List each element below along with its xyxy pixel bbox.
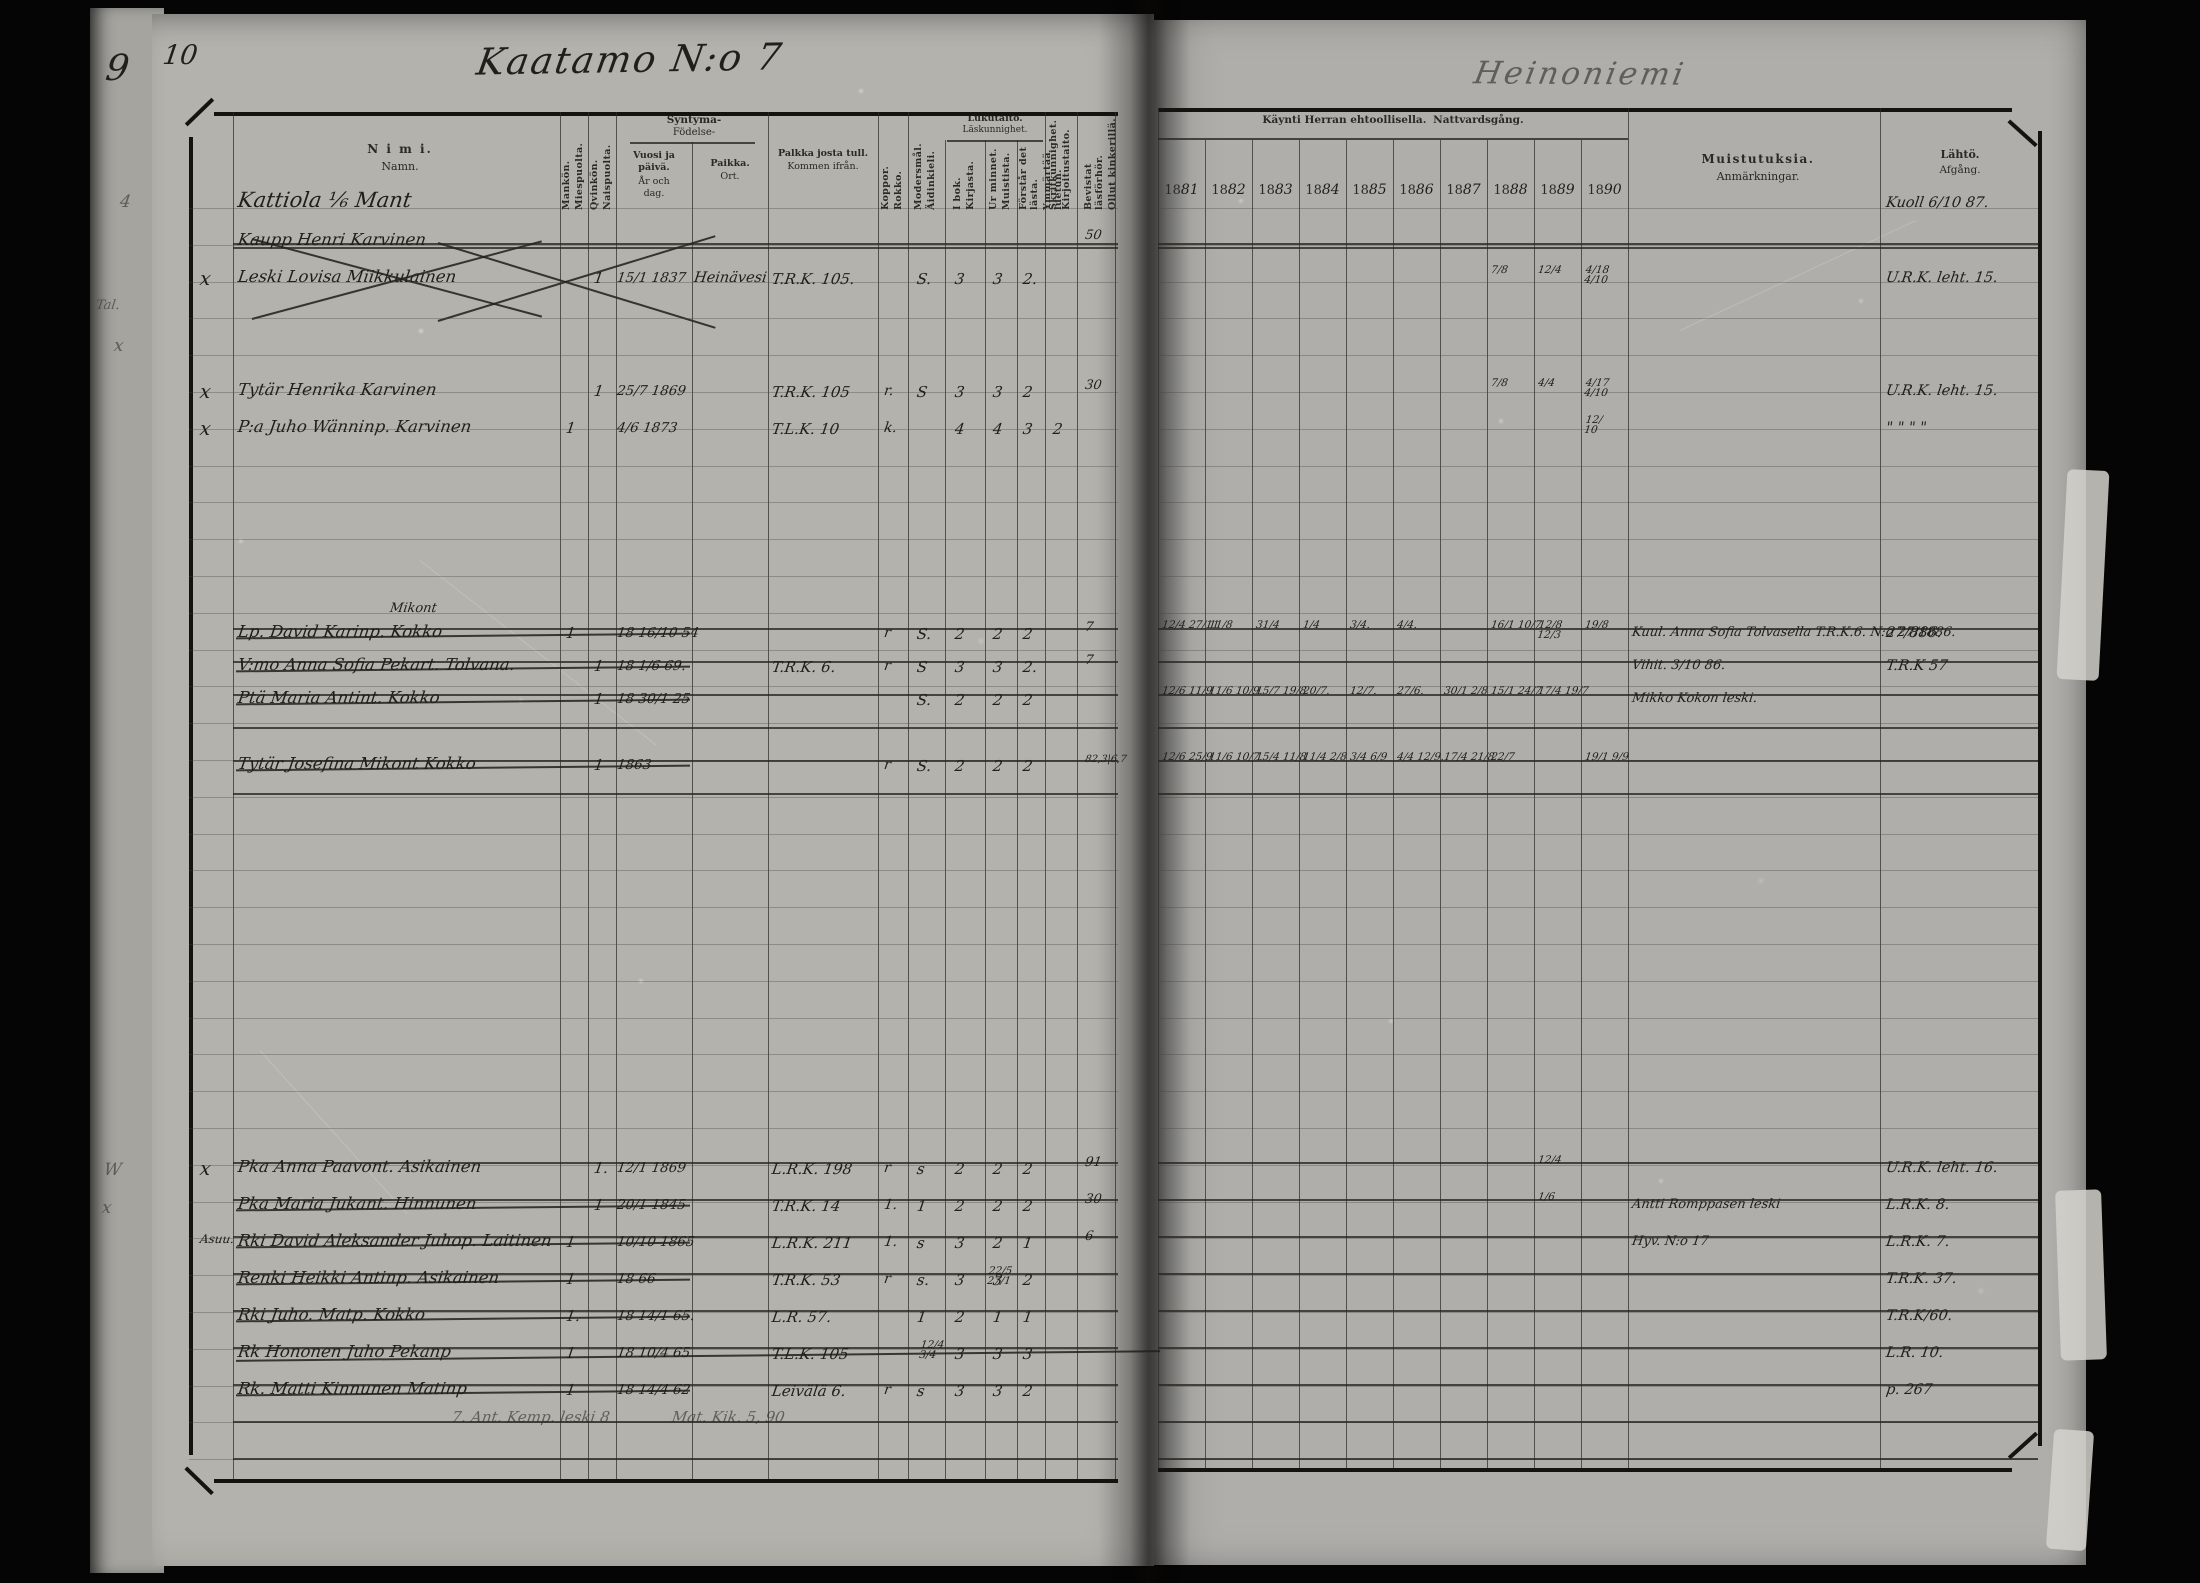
grid-line [1346, 140, 1347, 1468]
col-header-kinkeri-line: Ollut kinkerillä. [1107, 116, 1118, 210]
year-header-1886: 1886 [1393, 182, 1440, 198]
col-header-naispuolta-line: Naispuolta. [602, 116, 613, 210]
rule-line [1158, 245, 2038, 246]
cell-male: 1. [565, 1307, 582, 1325]
cell-communion-date: 12/4 3/4 [919, 1340, 945, 1360]
year-header-1888: 1888 [1487, 182, 1534, 198]
year-printed-prefix: 18 [1352, 183, 1369, 198]
cell-birthdate: 1863 [616, 757, 653, 773]
cell-female: 1. [593, 1159, 610, 1177]
cell-communion-date: 30/1 2/8 [1443, 686, 1488, 696]
cell-reads-from-book: 4 [954, 420, 966, 438]
grid-line [1252, 140, 1253, 1468]
cell-departure: L.R.K. 8. [1885, 1197, 1951, 1213]
cell-reads-from-book: 2 [954, 1308, 966, 1326]
cell-came-from: T.R.K. 105 [771, 383, 852, 401]
cell-reads-from-book: 2 [954, 625, 966, 643]
col-header-aidinkieli: Äidinkieli.Modersmål. [913, 116, 937, 210]
cell-understands: 2 [1022, 383, 1034, 401]
cell-understands: 2 [1022, 1382, 1034, 1400]
grid-line [985, 140, 986, 1479]
left-page-title: Kaatamo N:o 7 [416, 34, 844, 84]
col-header-namn: Namn. [300, 160, 500, 173]
col-header-kinkeri: Ollut kinkerillä.Bevistat läsförhör. [1083, 116, 1118, 210]
col-header-rokko-line: Koppor. [880, 116, 891, 210]
grid-line [1158, 108, 1159, 1468]
year-header-1890: 1890 [1581, 182, 1628, 198]
cell-understands: 2 [1022, 625, 1034, 643]
cell-communion-date: 17/4 19/7 [1537, 686, 1589, 696]
rule-line [189, 944, 1118, 945]
cell-departure: L.R.K. 7. [1885, 1234, 1951, 1250]
col-header-kinkeri-line: Bevistat läsförhör. [1083, 116, 1105, 210]
rule-line [189, 834, 1118, 835]
row-name: Kattiola ⅙ Mant [236, 188, 413, 212]
cell-communion-date: 12/6 25/9 [1161, 752, 1213, 762]
year-handwritten-suffix: 84 [1322, 182, 1340, 198]
col-header-ar-och: År och [618, 176, 690, 187]
cell-examination-mark: 30 [1084, 381, 1102, 391]
col-header-muistista-line: Muistista. [1001, 116, 1012, 210]
cell-birthdate: 18 14/1 65. [616, 1308, 696, 1324]
cell-birthplace: Heinävesi [693, 270, 768, 286]
year-printed-prefix: 18 [1164, 183, 1181, 198]
col-header-ort: Ort. [694, 171, 766, 182]
col-header-kommen: Kommen ifrån. [770, 161, 876, 172]
rule-line [189, 1128, 1118, 1129]
cell-communion-date: 1/4 [1302, 620, 1320, 630]
scan-dust [0, 0, 2, 2]
cell-communion-date: 12/4 [1537, 265, 1562, 275]
col-header-nattvard: Nattvardsgång. [1433, 114, 1524, 126]
cell-came-from: L.R.K. 198 [771, 1160, 854, 1178]
cell-came-from: T.R.K. 105. [771, 270, 856, 288]
cell-examination-mark: 91 [1084, 1158, 1102, 1168]
year-handwritten-suffix: 81 [1181, 182, 1199, 198]
cell-communion-date: 15/7 19/8 [1255, 686, 1307, 696]
cell-examination-mark: 30 [1084, 1195, 1102, 1205]
cell-vaccination: 1. [883, 1234, 899, 1250]
cell-communion-date: 17/4 21/8 [1443, 752, 1495, 762]
year-printed-prefix: 18 [1258, 183, 1275, 198]
grid-line [1440, 140, 1441, 1468]
grid-line [1487, 140, 1488, 1468]
rule-line [189, 502, 1118, 503]
rule-line [1158, 834, 2038, 835]
col-header-naispuolta: Naispuolta.Qvinkön. [589, 116, 613, 210]
cell-birthdate: 15/1 1837 [616, 270, 687, 286]
cell-birthdate: 18 16/10 54 [616, 625, 700, 641]
year-header-1885: 1885 [1346, 182, 1393, 198]
cell-reads-from-memory: 2 [992, 625, 1004, 643]
row-margin-mark: Asuu. [199, 1232, 235, 1246]
cell-communion-date: 12/7. [1349, 686, 1377, 696]
rule-line [1158, 907, 2038, 908]
cell-communion-date: 4/17 4/10 [1584, 378, 1610, 398]
year-header-1883: 1883 [1252, 182, 1299, 198]
col-header-vuosi-ja: Vuosi ja [618, 150, 690, 161]
year-printed-prefix: 18 [1305, 183, 1322, 198]
rule-line [189, 466, 1118, 467]
col-header-lahto: Lähtö. [1886, 148, 2034, 161]
cell-departure: L.R. 10. [1885, 1345, 1945, 1361]
grid-line [1017, 140, 1018, 1479]
table-frame [214, 1479, 1118, 1483]
rule-line [1158, 576, 2038, 577]
cell-came-from: T.R.K. 6. [771, 658, 837, 676]
table-frame [1158, 1468, 2012, 1472]
rule-line [1158, 1458, 2038, 1460]
cell-birthdate: 18 30/1 25 [616, 691, 692, 707]
cell-reads-from-book: 2 [954, 1160, 966, 1178]
cell-remark: Antti Romppasen leski [1631, 1197, 1781, 1212]
rule-line [1158, 1054, 2038, 1055]
cell-mother-tongue: S. [916, 625, 933, 643]
year-handwritten-suffix: 90 [1604, 182, 1622, 198]
rule-line [1158, 723, 2038, 724]
cell-understands: 2 [1022, 1271, 1034, 1289]
grid-line [1581, 140, 1582, 1468]
rule-line [1158, 797, 2038, 798]
cell-remark: Mikko Kokon leski. [1631, 691, 1758, 706]
cell-communion-date: 7/8 [1490, 265, 1508, 275]
col-header-communion: Käynti Herran ehtoollisella. Nattvardsgå… [1158, 114, 1628, 126]
col-header-kirjoitus-line: Skrifkunnighet. [1048, 116, 1059, 210]
rule-line [1158, 1018, 2038, 1019]
rule-line [233, 793, 1118, 795]
cell-examination-mark: 7 [1084, 656, 1094, 666]
cell-reads-from-memory: 2 [992, 1234, 1004, 1252]
cell-understands: 2. [1022, 270, 1039, 288]
year-handwritten-suffix: 89 [1557, 182, 1575, 198]
cell-writing: 2 [1052, 420, 1064, 438]
rule-line [1158, 981, 2038, 982]
cell-communion-date: 4/4 12/9. [1396, 752, 1445, 762]
cell-understands: 2. [1022, 658, 1039, 676]
cell-communion-date: 15/4 11/8 [1255, 752, 1307, 762]
cell-reads-from-memory: 2 [992, 1160, 1004, 1178]
cell-mother-tongue: S. [916, 270, 933, 288]
cell-came-from: Leivälä 6. [771, 1382, 847, 1400]
col-header-anmarkningar: Anmärkningar. [1640, 170, 1876, 183]
grid-line [1299, 140, 1300, 1468]
cell-communion-date: 27/6. [1396, 686, 1424, 696]
rule-line [1158, 539, 2038, 540]
rule-line [1158, 650, 2038, 651]
rule-line [1158, 318, 2038, 319]
year-printed-prefix: 18 [1587, 183, 1604, 198]
col-header-syntyma: Syntymä- [630, 114, 758, 126]
year-handwritten-suffix: 82 [1228, 182, 1246, 198]
cell-examination-mark: 50 [1084, 231, 1102, 241]
cell-came-from: L.R. 57. [771, 1308, 833, 1326]
cell-birthdate: 18 14/4 62 [616, 1382, 692, 1398]
rule-line [189, 539, 1118, 540]
cell-understands: 2 [1022, 1197, 1034, 1215]
cell-communion-date: 12/8 12/3 [1537, 620, 1563, 640]
rule-line [1158, 466, 2038, 467]
cell-communion-date: 22/5 27/1 [987, 1266, 1013, 1286]
cell-examination-mark: 7 [1084, 623, 1094, 633]
rule-line [189, 723, 1118, 724]
year-printed-prefix: 18 [1399, 183, 1416, 198]
row-name: Tytär Henrika Karvinen [237, 380, 438, 399]
col-header-miespuolta-line: Mankön. [561, 116, 572, 210]
book-gutter-shadow [1098, 0, 1190, 1583]
cell-communion-date: 12/4 [1537, 1155, 1562, 1165]
col-header-miespuolta-line: Miespuolta. [574, 116, 585, 210]
row-name: Pka Anna Paavont. Asikainen [237, 1157, 483, 1176]
cell-reads-from-memory: 2 [992, 1197, 1004, 1215]
rule-line [1158, 944, 2038, 945]
col-header-ehtoollinen: Käynti Herran ehtoollisella. [1262, 114, 1426, 126]
cell-departure: " " " " [1885, 420, 1928, 436]
cell-remark: Vihit. 3/10 86. [1631, 658, 1726, 673]
year-header-1882: 1882 [1205, 182, 1252, 198]
cell-understands: 2 [1022, 1160, 1034, 1178]
grid-line [1158, 138, 1628, 140]
row-name: P:a Juho Wänninp. Karvinen [237, 417, 473, 436]
col-header-palkka: Palkka josta tull. [770, 148, 876, 159]
grid-line [630, 142, 755, 144]
col-header-nimi: N i m i. [300, 142, 500, 156]
col-header-ymmartaa-line: Förstår det lästa. [1018, 116, 1040, 210]
year-printed-prefix: 18 [1540, 183, 1557, 198]
rule-line [189, 318, 1118, 319]
table-frame [1158, 108, 2012, 112]
col-header-paiva: päivä. [618, 162, 690, 173]
col-header-muistutuksia: Muistutuksia. [1640, 152, 1876, 166]
cell-departure: T.R.K 57 [1885, 658, 1949, 674]
year-header-1884: 1884 [1299, 182, 1346, 198]
rule-line [1158, 870, 2038, 871]
grid-line [1880, 108, 1881, 1468]
row-name: Kaupp Henri Karvinen [237, 230, 428, 249]
cell-communion-date: 16/1 10/7 [1490, 620, 1542, 630]
margin-scribble: Tal. [95, 298, 121, 313]
col-header-afgang: Afgång. [1886, 164, 2034, 176]
cell-came-from: T.L.K. 10 [771, 420, 841, 438]
cell-mother-tongue: s. [916, 1271, 931, 1289]
col-header-kirjasta-line: Kirjasta. [965, 116, 976, 210]
rule-line [189, 907, 1118, 908]
rule-line [1158, 1421, 2038, 1423]
col-header-rokko: Rokko.Koppor. [880, 116, 904, 210]
cell-departure: T.R.K. 37. [1885, 1271, 1958, 1287]
grid-line [692, 142, 693, 1479]
rule-line [1158, 1091, 2038, 1092]
row-name-correction: Mikont [389, 601, 438, 616]
cell-birthdate: 4/6 1873 [616, 420, 679, 436]
rule-line [1158, 613, 2038, 614]
year-printed-prefix: 18 [1211, 183, 1228, 198]
cell-departure: T.R.K/60. [1885, 1308, 1954, 1324]
right-page-title: Heinoniemi [1387, 55, 1773, 94]
rule-line [189, 650, 1118, 651]
col-header-kirjoitus: Kirjoitustaito.Skrifkunnighet. [1048, 116, 1072, 210]
rule-line [1158, 793, 2038, 795]
scanned-parish-register-spread: 9 10 Kaatamo N:o 7 Heinoniemi N i m i. N… [0, 0, 2200, 1583]
rule-line [233, 1458, 1118, 1460]
cell-reads-from-book: 2 [954, 1197, 966, 1215]
cell-birthdate: 18 1/6 69. [616, 658, 687, 674]
cell-vaccination: k. [883, 420, 898, 436]
rule-line [233, 727, 1118, 729]
rule-line [1158, 502, 2038, 503]
margin-scribble: W [103, 1160, 123, 1180]
cell-came-from: T.R.K. 14 [771, 1197, 842, 1215]
row-name: Leski Lovisa Miikkulainen [237, 267, 458, 286]
cell-communion-date: 12/ 10 [1584, 415, 1604, 435]
rule-line [1158, 243, 2038, 245]
rule-line [1158, 355, 2038, 356]
cell-birthdate: 12/1 1869 [616, 1160, 687, 1176]
col-header-aidinkieli-line: Äidinkieli. [926, 116, 937, 210]
cell-departure: p. 267 [1885, 1382, 1933, 1398]
cell-departure: U.R.K. leht. 15. [1885, 270, 1999, 286]
rule-line [1158, 1128, 2038, 1129]
rule-line [189, 576, 1118, 577]
cell-understands: 2 [1022, 757, 1034, 775]
cell-communion-date: 11/8 [1208, 620, 1233, 630]
rule-line [189, 981, 1118, 982]
cell-communion-date: 20/7. [1302, 686, 1330, 696]
cell-communion-date: 11/4 2/8 [1302, 752, 1347, 762]
cell-communion-date: 4/4 [1537, 378, 1555, 388]
col-header-muistista-line: Ur minnet. [988, 116, 999, 210]
col-header-aidinkieli-line: Modersmål. [913, 116, 924, 210]
cell-birthdate: 10/10 1865 [616, 1234, 696, 1250]
cell-mother-tongue: S. [916, 691, 933, 709]
year-printed-prefix: 18 [1446, 183, 1463, 198]
cell-reads-from-memory: 4 [992, 420, 1004, 438]
col-header-fodelse: Födelse- [630, 127, 758, 138]
cell-understands: 2 [1022, 691, 1034, 709]
col-header-rokko-line: Rokko. [893, 116, 904, 210]
cell-communion-date: 12/6 11/9 [1161, 686, 1213, 696]
cell-remark: Hyv. N:o 17 [1631, 1234, 1710, 1249]
page-number-right: 10 [161, 40, 200, 71]
cell-reads-from-book: 2 [954, 691, 966, 709]
year-handwritten-suffix: 87 [1463, 182, 1481, 198]
rule-line [233, 1421, 1118, 1423]
cell-came-from: T.L.K. 105 [771, 1345, 850, 1363]
cell-examination-mark: 82,3|6,7 [1084, 755, 1127, 765]
grid-line [1393, 140, 1394, 1468]
cell-examination-mark: 6 [1084, 1232, 1094, 1242]
cell-departure: Kuoll 6/10 87. [1885, 195, 1990, 211]
cell-communion-date: 4/18 4/10 [1584, 265, 1610, 285]
year-handwritten-suffix: 86 [1416, 182, 1434, 198]
table-frame [214, 112, 1118, 116]
grid-line [1628, 108, 1629, 1468]
cell-communion-date: 22/7 [1490, 752, 1515, 762]
year-printed-prefix: 18 [1493, 183, 1510, 198]
year-handwritten-suffix: 85 [1369, 182, 1387, 198]
year-header-1887: 1887 [1440, 182, 1487, 198]
col-header-miespuolta: Miespuolta.Mankön. [561, 116, 585, 210]
cell-departure: 27/886. [1885, 625, 1943, 641]
cell-communion-date: 31/4 [1255, 620, 1280, 630]
cell-communion-date: 7/8 [1490, 378, 1508, 388]
col-header-kirjoitus-line: Kirjoitustaito. [1061, 116, 1072, 210]
torn-paper-edge [2055, 1189, 2107, 1361]
cell-departure: U.R.K. leht. 16. [1885, 1160, 1999, 1176]
torn-paper-edge [2046, 1429, 2094, 1551]
table-frame [2038, 131, 2042, 1446]
cell-birthdate: 20/1 1845 [616, 1197, 687, 1213]
year-header-1889: 1889 [1534, 182, 1581, 198]
grid-line [1205, 140, 1206, 1468]
cell-came-from: T.R.K. 53 [771, 1271, 842, 1289]
cell-communion-date: 19/8 [1584, 620, 1609, 630]
cell-communion-date: 1/6 [1537, 1192, 1555, 1202]
year-handwritten-suffix: 83 [1275, 182, 1293, 198]
year-handwritten-suffix: 88 [1510, 182, 1528, 198]
rule-line [189, 870, 1118, 871]
rule-line [189, 1018, 1118, 1019]
cell-mother-tongue: S. [916, 757, 933, 775]
rule-line [1158, 247, 2038, 249]
cell-reads-from-memory: 2 [992, 691, 1004, 709]
rule-line [189, 1091, 1118, 1092]
cell-reads-from-book: 2 [954, 757, 966, 775]
rule-line [189, 1054, 1118, 1055]
cell-communion-date: 15/1 24/7 [1490, 686, 1542, 696]
col-header-paikka: Paikka. [694, 158, 766, 169]
rule-line [1158, 727, 2038, 729]
col-header-muistista: Muistista.Ur minnet. [988, 116, 1012, 210]
cell-birthdate: 25/7 1869 [616, 383, 687, 399]
cell-birthdate: 18 10/4 65 [616, 1345, 692, 1361]
grid-line [945, 140, 946, 1479]
cell-communion-date: 3/4 6/9 [1349, 752, 1388, 762]
col-header-naispuolta-line: Qvinkön. [589, 116, 600, 210]
cell-departure: U.R.K. leht. 15. [1885, 383, 1999, 399]
cell-communion-date: 3/4. [1349, 620, 1371, 630]
rule-line [189, 797, 1118, 798]
col-header-kirjasta-line: I bok. [952, 116, 963, 210]
cell-came-from: L.R.K. 211 [771, 1234, 854, 1252]
grid-line [1534, 140, 1535, 1468]
cell-vaccination: 1. [883, 1197, 899, 1213]
col-header-dag: dag. [618, 188, 690, 199]
rule-line [189, 613, 1118, 614]
cell-birthdate: 18 66 [616, 1271, 657, 1287]
cell-communion-date: 4/4. [1396, 620, 1418, 630]
rule-line [189, 355, 1118, 356]
year-header-1881: 1881 [1158, 182, 1205, 198]
cell-communion-date: 19/1 9/9 [1584, 752, 1629, 762]
col-header-kirjasta: Kirjasta.I bok. [952, 116, 976, 210]
cell-reads-from-memory: 2 [992, 757, 1004, 775]
